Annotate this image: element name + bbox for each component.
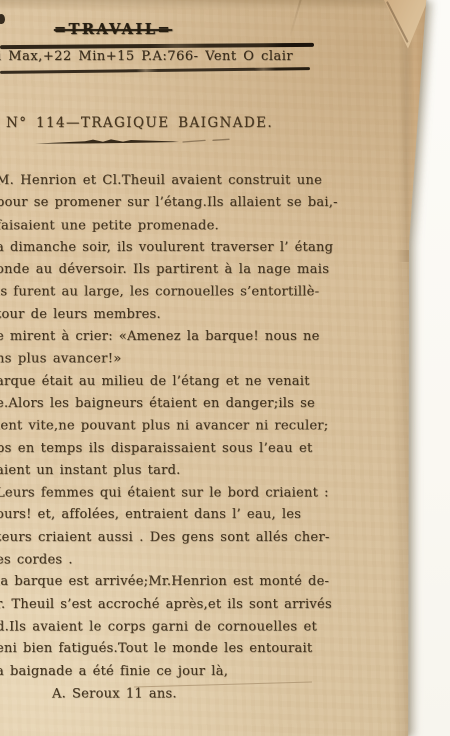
story-number-title: N° 114—TRAGIQUE BAIGNADE.: [6, 115, 273, 131]
story-line: eni bien fatigués.Tout le monde les ento…: [0, 641, 376, 663]
story-body: M. Henrion et Cl.Theuil avaient construi…: [0, 173, 376, 708]
paper-edge-shading-lower: [392, 250, 410, 736]
story-line: tour de leurs membres.: [0, 307, 376, 329]
story-line: la barque est arrivée;Mr.Henrion est mon…: [0, 574, 376, 596]
header-rule-bottom: [0, 67, 310, 74]
top-crease-line: [289, 0, 303, 37]
story-line: ls furent au large, les cornouelles s’en…: [0, 285, 376, 307]
story-line: teurs criaient aussi . Des gens sont all…: [0, 530, 376, 552]
story-line: pour se promener sur l’étang.Ils allaien…: [0, 195, 376, 217]
story-line: ps en temps ils disparaissaient sous l’e…: [0, 441, 376, 463]
story-line: e.Alors les baigneurs étaient en danger;…: [0, 396, 376, 418]
title-underline-ornament: [33, 136, 243, 148]
story-line: r. Theuil s’est accroché après,et ils so…: [0, 597, 376, 619]
story-line: e mirent à crier: «Amenez la barque! nou…: [0, 329, 376, 351]
masthead-title: =TRAVAIL=: [54, 21, 172, 38]
story-line: Leurs femmes qui étaient sur le bord cri…: [0, 486, 376, 508]
story-line: arque était au milieu de l’étang et ne v…: [0, 374, 376, 396]
story-line: faisaient une petite promenade.: [0, 218, 376, 240]
story-line: es cordes .: [0, 552, 376, 574]
story-line: a baignade a été finie ce jour là,: [0, 664, 376, 686]
story-line: ient vite,ne pouvant plus ni avancer ni …: [0, 419, 376, 441]
weather-report-line: i Max,+22 Min+15 P.A:766- Vent O clair: [0, 49, 293, 64]
story-line: a dimanche soir, ils voulurent traverser…: [0, 240, 376, 262]
author-signature: A. Seroux 11 ans.: [0, 686, 376, 708]
story-line: ns plus avancer!»: [0, 352, 376, 374]
paper-edge-shading: [398, 0, 428, 262]
story-line: aient un instant plus tard.: [0, 463, 376, 485]
scanned-page: =TRAVAIL= i Max,+22 Min+15 P.A:766- Vent…: [0, 0, 450, 736]
story-line: d.Ils avaient le corps garni de cornouel…: [0, 619, 376, 641]
scan-background: =TRAVAIL= i Max,+22 Min+15 P.A:766- Vent…: [0, 0, 450, 736]
ink-speck: [0, 14, 5, 24]
story-line: onde au déversoir. Ils partirent à la na…: [0, 262, 376, 284]
story-line: ours! et, affolées, entraient dans l’ ea…: [0, 507, 376, 529]
story-line: M. Henrion et Cl.Theuil avaient construi…: [0, 173, 376, 195]
header-rule-top: [0, 43, 314, 49]
